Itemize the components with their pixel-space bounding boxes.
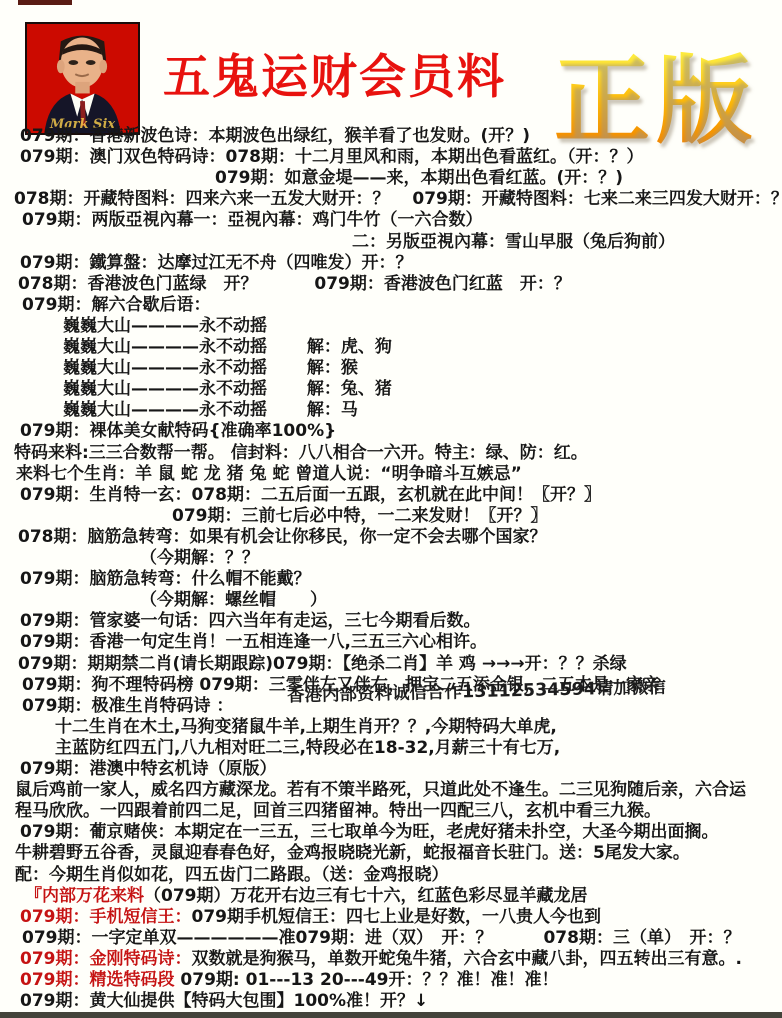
text-line: 079期：港澳中特玄机诗（原版） — [20, 759, 277, 780]
text-line: 079期：香港一句定生肖！一五相连逢一八,三五三六心相许。 — [20, 632, 487, 653]
red-label: 079期：精选特码段 — [20, 970, 175, 990]
text-line: 079期：极准生肖特码诗 ： — [22, 696, 233, 717]
text-line: 079期：脑筋急转弯：什么帽不能戴？ — [20, 569, 311, 590]
text-line: 特码来料:三三合数帮一帮。 信封料：八八相合一六开。特主：绿、防：红。 — [14, 443, 588, 464]
text-line: 鼠后鸡前一家人，威名四方藏深龙。若有不策半路死，只道此处不逢生。二三见狗随后亲，… — [15, 780, 746, 801]
text-line: 主蓝防红四五门,八九相对旺二三,特段必在18-32,月薪三十有七万, — [55, 738, 560, 759]
text-line: 079期：澳门双色特码诗：078期：十二月里风和雨，本期出色看蓝红。（开：？） — [20, 147, 643, 168]
scan-artifact-mark — [18, 0, 72, 5]
text-line: 079期：生肖特一玄：078期：二五后面一五跟，玄机就在此中间！〖开？〗 — [20, 485, 601, 506]
text-line: 079期：手机短信王：079期手机短信王：四七上业是好数，一八贵人今也到 — [20, 907, 601, 928]
red-label: 079期：金刚特码诗： — [20, 949, 192, 969]
text-line: （今期解：？？ — [140, 548, 259, 569]
text-line: 程马欣欣。一四跟着前四二足，回首三四猪留神。特出一四配三八，玄机中看三九猴。 — [15, 801, 661, 822]
tipster-portrait-photo: Mark Six — [25, 22, 140, 135]
text-line: 079期：如意金堤——来，本期出色看红蓝。(开：？) — [215, 168, 623, 189]
text-line: 078期：脑筋急转弯：如果有机会让你移民，你一定不会去哪个国家？ — [18, 527, 547, 548]
text-line: 078期：香港波色门蓝绿 开？ 079期：香港波色门红蓝 开：？ — [18, 274, 571, 295]
authentic-edition-stamp: 正版 — [554, 46, 758, 156]
red-label: 079期：手机短信王： — [20, 907, 192, 927]
text-line: 巍巍大山————永不动摇 解：兔、猪 — [63, 379, 392, 400]
text-line: 079期：两版亞視內幕一：亞視內幕：鸡门牛竹（一六合数） — [22, 210, 483, 231]
page-title: 五鬼运财会员料 — [163, 52, 506, 104]
text-line: 079期：管家婆一句话：四六当年有走运，三七今期看后数。 — [20, 611, 481, 632]
text-line: 079期：裸体美女献特码{准确率100%} — [20, 421, 336, 442]
text-line: 078期：开藏特图料：四来六来一五发大财开：？ 079期：开藏特图料：七来二来三… — [14, 189, 782, 210]
text-line: 巍巍大山————永不动摇 — [63, 316, 267, 337]
text-line: 二：另版亞視內幕：雪山早服（兔后狗前） — [352, 232, 675, 253]
text-line: 十二生肖在木土,马狗变猪鼠牛羊,上期生肖开？？,今期特码大单虎, — [55, 717, 557, 738]
text-line: 079期：金刚特码诗：双数就是狗猴马，单数开蛇兔牛猪，六合玄中藏八卦，四五转出三… — [20, 949, 742, 970]
text-line: 配：今期生肖似如花，四五齿门二路跟。（送：金鸡报晓） — [15, 865, 449, 886]
text-line: 079期：一字定单双——————准079期：进（双） 开：？ 078期：三（单）… — [22, 928, 740, 949]
text-line: 『内部万花来料（079期）万花开右边三有七十六，红蓝色彩尽显羊藏龙居 — [25, 886, 588, 907]
text-line: 079期：鐵算盤：达摩过江无不舟（四唯发）开：？ — [20, 253, 413, 274]
text-line: 079期：葡京赌侠：本期定在一三五，三七取单今为旺，老虎好猪未扑空，大圣今期出面… — [20, 822, 718, 843]
text-line: 079期：解六合歇后语： — [22, 295, 211, 316]
text-line: 079期：三前七后必中特，一二来发财！〖开？〗 — [172, 506, 548, 527]
bottom-edge-bar — [0, 1012, 782, 1018]
text-line: 来料七个生肖：羊 鼠 蛇 龙 猪 兔 蛇 曾道人说：“明争暗斗互嫉忌” — [16, 464, 522, 485]
text-line: （今期解：螺丝帽 ） — [140, 590, 327, 611]
text-line: 巍巍大山————永不动摇 解：猴 — [63, 358, 358, 379]
text-line: 079期：精选特码段 079期: 01---13 20---49开：？？准！准！… — [20, 970, 559, 991]
text-line: 巍巍大山————永不动摇 解：虎、狗 — [63, 337, 392, 358]
text-line: 079期：香港新波色诗：本期波色出绿红，猴羊看了也发财。(开？) — [20, 126, 530, 147]
red-label: 『内部万花来料 — [25, 886, 144, 906]
text-line: 巍巍大山————永不动摇 解：马 — [63, 400, 358, 421]
text-line: 079期：黄大仙提供【特码大包围】100%准！开？↓ — [20, 991, 428, 1012]
tip-sheet-page: Mark Six 五鬼运财会员料 正版 079期：香港新波色诗：本期波色出绿红，… — [0, 0, 782, 1018]
text-line: 079期：期期禁二肖(请长期跟踪)079期：【绝杀二肖】羊 鸡 →→→开：？？杀… — [18, 654, 627, 675]
text-line: 牛耕碧野五谷香，灵鼠迎春春色好，金鸡报晓晓光新，蛇报福音长驻门。送：5尾发大家。 — [15, 843, 690, 864]
